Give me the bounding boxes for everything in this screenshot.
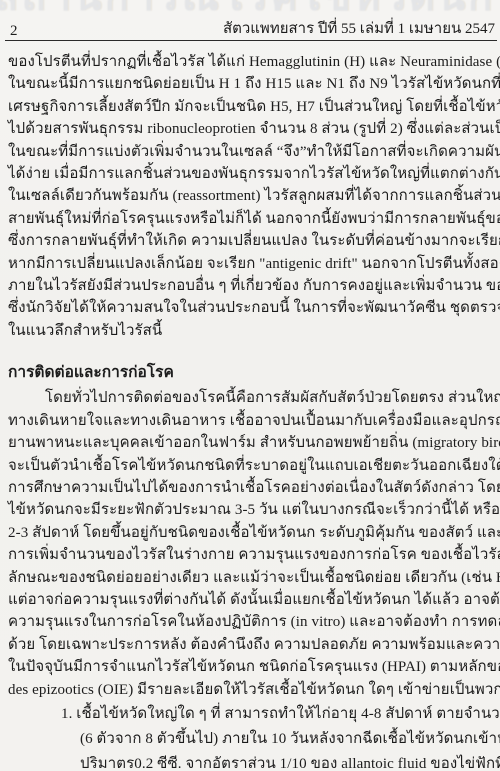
text-line: ปริมาตร0.2 ซีซี. จากอัตราส่วน 1/10 ของ a…: [80, 752, 488, 771]
text-line: ภายในไวรัสยังมีส่วนประกอบอื่น ๆ ที่เกี่ย…: [8, 275, 488, 297]
text-line: การศึกษาความเป็นไปได้ของการนำเชื้อโรคอย่…: [8, 477, 488, 499]
text-line: ด้วย โดยเฉพาะประการหลัง ต้องคำนึงถึง ควา…: [8, 634, 488, 656]
text-line: ไข้หวัดนกจะมีระยะฟักตัวประมาณ 3-5 วัน แต…: [8, 499, 488, 521]
article-body: ของโปรตีนที่ปรากฏที่เชื้อไวรัส ได้แก่ He…: [8, 51, 488, 771]
text-line: ไปด้วยสารพันธุกรรม ribonucleoprotien จำน…: [8, 118, 488, 140]
text-line: (6 ตัวจาก 8 ตัวขึ้นไป) ภายใน 10 วันหลังจ…: [80, 727, 488, 752]
text-line: สายพันธุ์ใหม่ที่ก่อโรครุนแรงหรือไม่ก็ได้…: [8, 208, 488, 230]
section-heading: การติดต่อและการก่อโรค: [8, 362, 488, 384]
text-line: ในเซลล์เดียวกันพร้อมกัน (reassortment) ไ…: [8, 185, 488, 207]
text-line: ในขณะที่มีการแบ่งตัวเพิ่มจำนวนในเซลล์ “จ…: [8, 141, 488, 163]
scanned-journal-page: { "document": { "ghost_banner": { "text"…: [0, 0, 500, 771]
intro-paragraph: ของโปรตีนที่ปรากฏที่เชื้อไวรัส ได้แก่ He…: [8, 51, 488, 342]
text-line: จะเป็นตัวนำเชื้อโรคไข้หวัดนกชนิดที่ระบาด…: [8, 455, 488, 477]
text-line: ในแนวลึกสำหรับไวรัสนี้: [8, 320, 488, 342]
page-number: 2: [10, 23, 18, 40]
text-line: โดยทั่วไปการติดต่อของโรคนี้คือการสัมผัสก…: [8, 387, 488, 409]
text-line: การเพิ่มจำนวนของไวรัสในร่างกาย ความรุนแร…: [8, 544, 488, 566]
text-line: ลักษณะของชนิดย่อยอย่างเดียว และแม้ว่าจะเ…: [8, 567, 488, 589]
text-line: ในขณะนี้มีการแยกชนิดย่อยเป็น H 1 ถึง H15…: [8, 73, 488, 95]
header-rule: [5, 40, 497, 41]
numbered-item-1: 1. เชื้อไข้หวัดใหญ่ใด ๆ ที่ สามารถทำให้ไ…: [8, 702, 488, 771]
journal-issue-line: สัตวแพทยสาร ปีที่ 55 เล่มที่ 1 เมษายน 25…: [223, 16, 495, 40]
showthrough-ghost-text: สถานการณ์โรคไข้หวัดนกในประเทศไทย: [0, 0, 500, 17]
text-line: ได้ง่าย เมื่อมีการแลกชิ้นส่วนของพันธุกรร…: [8, 163, 488, 185]
text-line: ซึ่งการกลายพันธุ์ที่ทำให้เกิด ความเปลี่ย…: [8, 230, 488, 252]
text-line: des epizootics (OIE) มีรายละเอียดให้ไวรั…: [8, 679, 488, 701]
text-line: ความรุนแรงในการก่อโรคในห้องปฏิบัติการ (i…: [8, 611, 488, 633]
text-line: 1. เชื้อไข้หวัดใหญ่ใด ๆ ที่ สามารถทำให้ไ…: [80, 702, 488, 727]
text-line: ของโปรตีนที่ปรากฏที่เชื้อไวรัส ได้แก่ He…: [8, 51, 488, 73]
text-line: เศรษฐกิจการเลี้ยงสัตว์ปีก มักจะเป็นชนิด …: [8, 96, 488, 118]
text-line: ยานพาหนะและบุคคลเข้าออกในฟาร์ม สำหรับนกอ…: [8, 432, 488, 454]
text-line: แต่อาจก่อความรุนแรงที่ต่างกันได้ ดังนั้น…: [8, 589, 488, 611]
section-paragraph: โดยทั่วไปการติดต่อของโรคนี้คือการสัมผัสก…: [8, 387, 488, 701]
text-line: ในปัจจุบันมีการจำแนกไวรัสไข้หวัดนก ชนิดก…: [8, 656, 488, 678]
text-line: 2-3 สัปดาห์ โดยขึ้นอยู่กับชนิดของเชื้อไข…: [8, 522, 488, 544]
text-line: ซึ่งนักวิจัยได้ให้ความสนใจในส่วนประกอบนี…: [8, 297, 488, 319]
text-line: หากมีการเปลี่ยนแปลงเล็กน้อย จะเรียก "ant…: [8, 253, 488, 275]
running-head: 2 สัตวแพทยสาร ปีที่ 55 เล่มที่ 1 เมษายน …: [8, 20, 495, 40]
text-line: ทางเดินหายใจและทางเดินอาหาร เชื้ออาจปนเป…: [8, 410, 488, 432]
